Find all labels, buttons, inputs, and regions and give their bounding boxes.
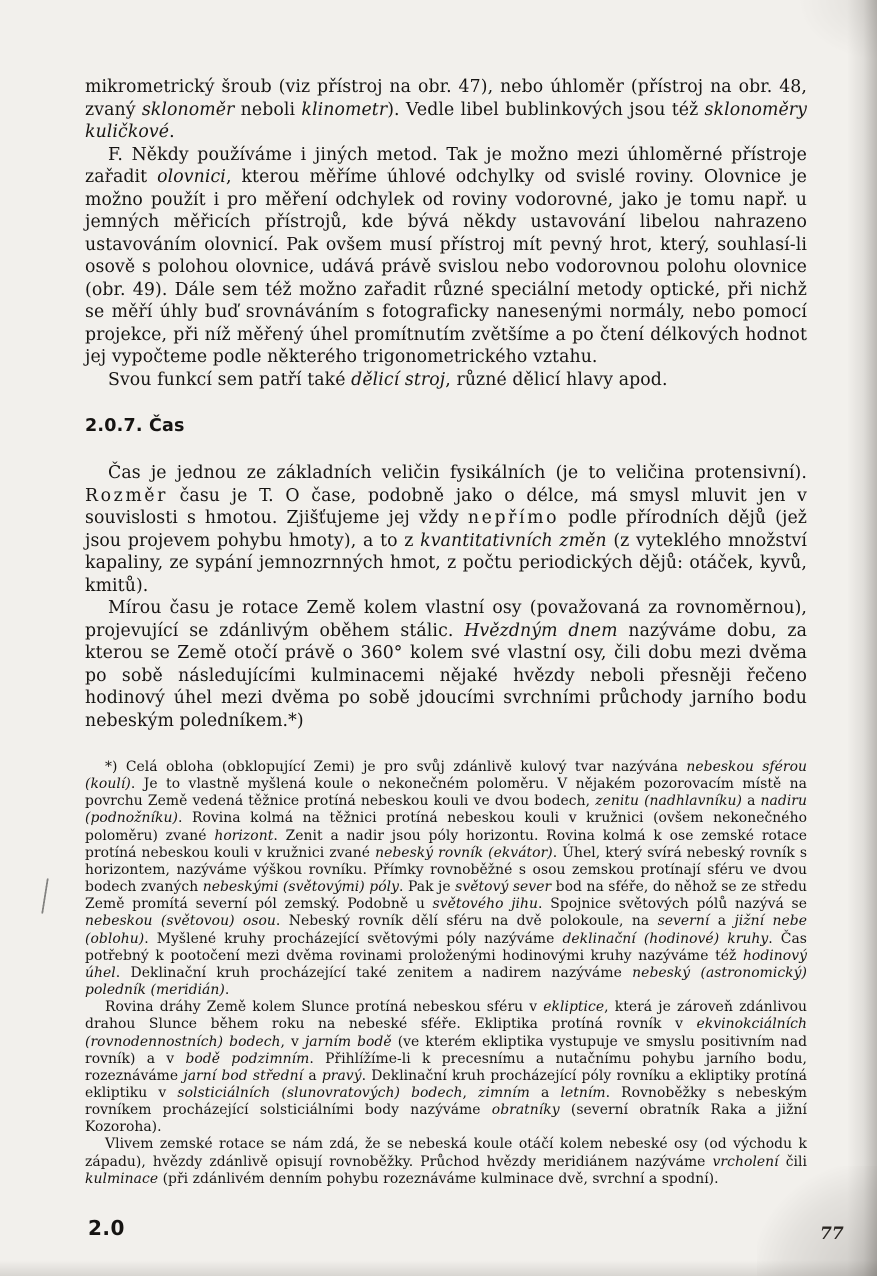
emphasized-text: deklinační (hodinové) kruhy [562,931,768,947]
text-run: ). Vedle libel bublinkových jsou též [387,100,704,120]
emphasized-text: kvantitativních změn [420,531,607,551]
footnote-block: *) Celá obloha (obklopující Zemi) je pro… [85,759,807,1188]
text-run: a [709,913,734,929]
section-heading: 2.0.7. Čas [85,416,807,436]
emphasized-text: letním [560,1085,605,1101]
section-text-block: Čas je jednou ze základních veličin fysi… [85,462,807,732]
emphasized-text: vrcholení [713,1154,779,1170]
margin-pencil-mark [41,878,49,914]
page-content: mikrometrický šroub (viz přístroj na obr… [85,76,807,1188]
text-run: . Nebeský rovník dělí sféru na dvě polok… [276,913,658,929]
emphasized-text: nebeskými (světovými) póly [203,879,399,895]
paragraph: Vlivem zemské rotace se nám zdá, že se n… [85,1136,807,1187]
text-run: . [169,122,175,142]
emphasized-text: bodě podzimním [185,1051,309,1067]
emphasized-text: nebeský rovník (ekvátor) [375,845,553,861]
text-run: . Deklinační kruh procházející také zeni… [116,965,632,981]
emphasized-text: pravý [322,1068,362,1084]
intro-text-block: mikrometrický šroub (viz přístroj na obr… [85,76,807,391]
text-run: , kterou měříme úhlové odchylky od svisl… [85,167,807,367]
text-run: neboli [234,100,301,120]
emphasized-text: světový sever [455,879,551,895]
paragraph: F. Někdy používáme i jiných metod. Tak j… [85,144,807,369]
text-run: Čas je jednou ze základních veličin fysi… [108,463,807,483]
paragraph: *) Celá obloha (obklopující Zemi) je pro… [85,759,807,999]
text-run: . Spojnice světových pólů nazývá se [538,896,807,912]
text-run: . [225,982,229,998]
paragraph: mikrometrický šroub (viz přístroj na obr… [85,76,807,144]
text-run: Svou funkcí sem patří také [108,370,351,390]
text-run: , v [281,1034,305,1050]
emphasized-text: solsticiálních (slunovratových) bodech [177,1085,462,1101]
letterspaced-text: nepřímo [468,508,559,528]
scanned-book-page: mikrometrický šroub (viz přístroj na obr… [0,0,877,1276]
emphasized-text: jarní bod střední [183,1068,303,1084]
text-run: Vlivem zemské rotace se nám zdá, že se n… [85,1136,807,1169]
footer-page-number: 77 [820,1224,844,1244]
paragraph: Rovina dráhy Země kolem Slunce protíná n… [85,999,807,1136]
text-run: čili [779,1154,807,1170]
emphasized-text: olovnici [157,167,226,187]
text-run: a [303,1068,322,1084]
emphasized-text: dělicí stroj [351,370,445,390]
paragraph: Mírou času je rotace Země kolem vlastní … [85,597,807,732]
emphasized-text: severní [658,913,710,929]
text-run: Rovina dráhy Země kolem Slunce protíná n… [105,999,543,1015]
emphasized-text: nebeskou (světovou) osou [85,913,276,929]
emphasized-text: sklonoměr [142,100,235,120]
emphasized-text: jarním bodě [305,1034,392,1050]
page-bottom-edge-shadow [0,1260,877,1276]
emphasized-text: Hvězdným dnem [464,621,617,641]
letterspaced-text: Rozměr [85,486,168,506]
paragraph: Čas je jednou ze základních veličin fysi… [85,462,807,597]
emphasized-text: zimním [478,1085,530,1101]
text-run: *) Celá obloha (obklopující Zemi) je pro… [105,759,686,775]
text-run: a [742,793,761,809]
emphasized-text: klinometr [301,100,387,120]
text-run: . Pak je [399,879,455,895]
emphasized-text: kulminace [85,1171,158,1187]
text-run: , různé dělicí hlavy apod. [445,370,667,390]
emphasized-text: světového jihu [433,896,539,912]
emphasized-text: zenitu (nadhlavníku) [595,793,742,809]
emphasized-text: horizont [214,828,273,844]
text-run: a [530,1085,561,1101]
page-right-edge-shadow [847,0,877,1276]
footer-section-number: 2.0 [88,1216,125,1240]
text-run: . Myšlené kruhy procházející světovými p… [144,931,562,947]
text-run: , [462,1085,478,1101]
paragraph: Svou funkcí sem patří také dělicí stroj,… [85,369,807,392]
emphasized-text: ekliptice [543,999,604,1015]
text-run: (při zdánlivém denním pohybu rozeznáváme… [158,1171,719,1187]
emphasized-text: obratníky [492,1102,560,1118]
page-topright-shadow [797,0,877,60]
